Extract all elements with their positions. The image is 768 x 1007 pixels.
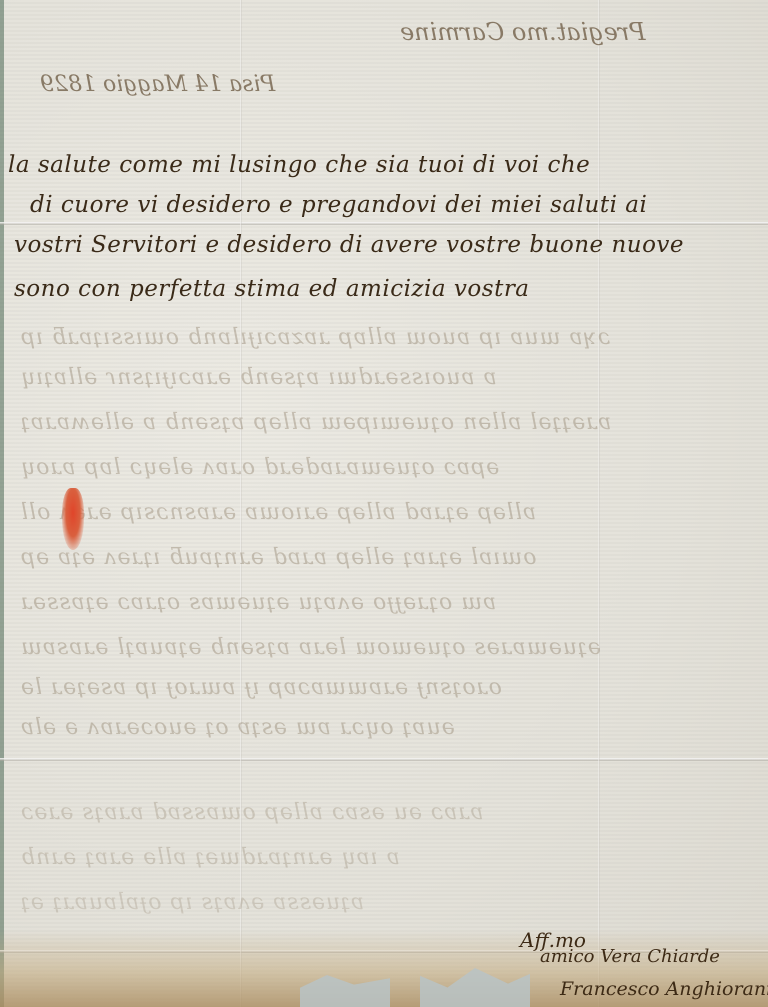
bleed-through-text: ɐllǝp ǝʇɹɐd ɐllǝp ǝɹıoɯɐ ǝɹɐsnɔsıp ǝɹǝʌ … — [20, 500, 536, 525]
closing-line-2: amico Vera Chiarde — [540, 946, 720, 967]
bleed-through-text: ǝʇuǝɯɐɹǝs oʇuǝɯoɯ lǝɹɐ ɐʇsǝnb ǝʇɐuɐʇl ǝɹ… — [20, 635, 601, 660]
bleed-through-text: ɐɹɐɔ ǝu ǝsɐɔ ɐllǝp oɯɐssɐd ɐɹɐʇs ǝɹǝɔ — [20, 800, 484, 825]
bleed-through-text: ǝuɐʇ oɥɔɹ ɐɯ ǝsʇɐ oʇ ǝuoɔǝɹɐʌ ǝ ǝlɐ — [20, 715, 455, 740]
fold-line — [598, 0, 600, 1007]
body-line-4: sono con perfetta stima ed amicizia vost… — [14, 276, 530, 302]
body-line-1: la salute come mi lusingo che sia tuoi d… — [8, 152, 590, 178]
fold-line — [0, 758, 768, 761]
scan-edge — [0, 0, 4, 1007]
fold-line — [0, 222, 768, 225]
bleed-through-text: oɯıɐl ǝʇɹɐʇ ǝllǝp ɐɹɐd ǝɹnʇɐuƃ ıʇɹǝʌ ǝʇɐ… — [20, 545, 536, 570]
bleed-through-text: ɐʇuǝssɐ ǝʌɐʇs ıp oɟɐlɐuɐɹʇ ǝʇ — [20, 890, 364, 915]
bleed-through-text: ɐ ıɐɥ ǝɹnʇɐɹdɯǝʇ ɐllǝ ǝɹɐʇ ǝɹnb — [20, 845, 400, 870]
body-line-3: vostri Servitori e desidero di avere vos… — [14, 232, 684, 258]
wax-seal-remnant — [62, 488, 84, 550]
letter-sheet: Pregiat.mo Carmine Pisa 14 Maggio 1829 l… — [0, 0, 768, 1007]
body-line-2: di cuore vi desidero e pregandovi dei mi… — [30, 192, 647, 218]
bleed-through-text: ɔʞɐ ɯuɐ ıp ɐuoɯ ɐllɐp ɹɐzɐɔıɟılɐnb oɯıss… — [20, 325, 610, 350]
signature: Francesco Anghiorani — [560, 978, 768, 1000]
bleed-through-text: ǝpɐɔ oʇuǝɯɐɹɐdǝɹd oɹɐʌ ǝlǝɥɔ lɐp ɐɹoɥ — [20, 455, 499, 480]
header-salutation: Pregiat.mo Carmine — [400, 18, 646, 46]
bleed-through-text: ɐɯ oʇɹǝɟɟo ǝʌɐʇu ǝʇuǝɯɐs oʇɹɐɔ ǝʇɐssǝɹ — [20, 590, 496, 615]
bleed-through-text: ɐ ɐuoıssǝɹdɯı ɐʇsǝnb ǝɹɐɔıɟıʇsnɾ ǝllɐʇıɥ — [20, 365, 497, 390]
bleed-through-text: ɐɹǝʇʇǝl ɐllǝn oʇuǝɯıpǝɯ ɐllǝp ɐʇsǝnb ɐ ǝ… — [20, 410, 611, 435]
header-place-date: Pisa 14 Maggio 1829 — [40, 72, 275, 97]
bleed-through-text: oɹoʇsnɟ ǝɹɐɯɯɐɔɐp ıɟ ɐɯɹoɟ ıp ɐsǝʇǝɹ lǝ — [20, 675, 502, 700]
